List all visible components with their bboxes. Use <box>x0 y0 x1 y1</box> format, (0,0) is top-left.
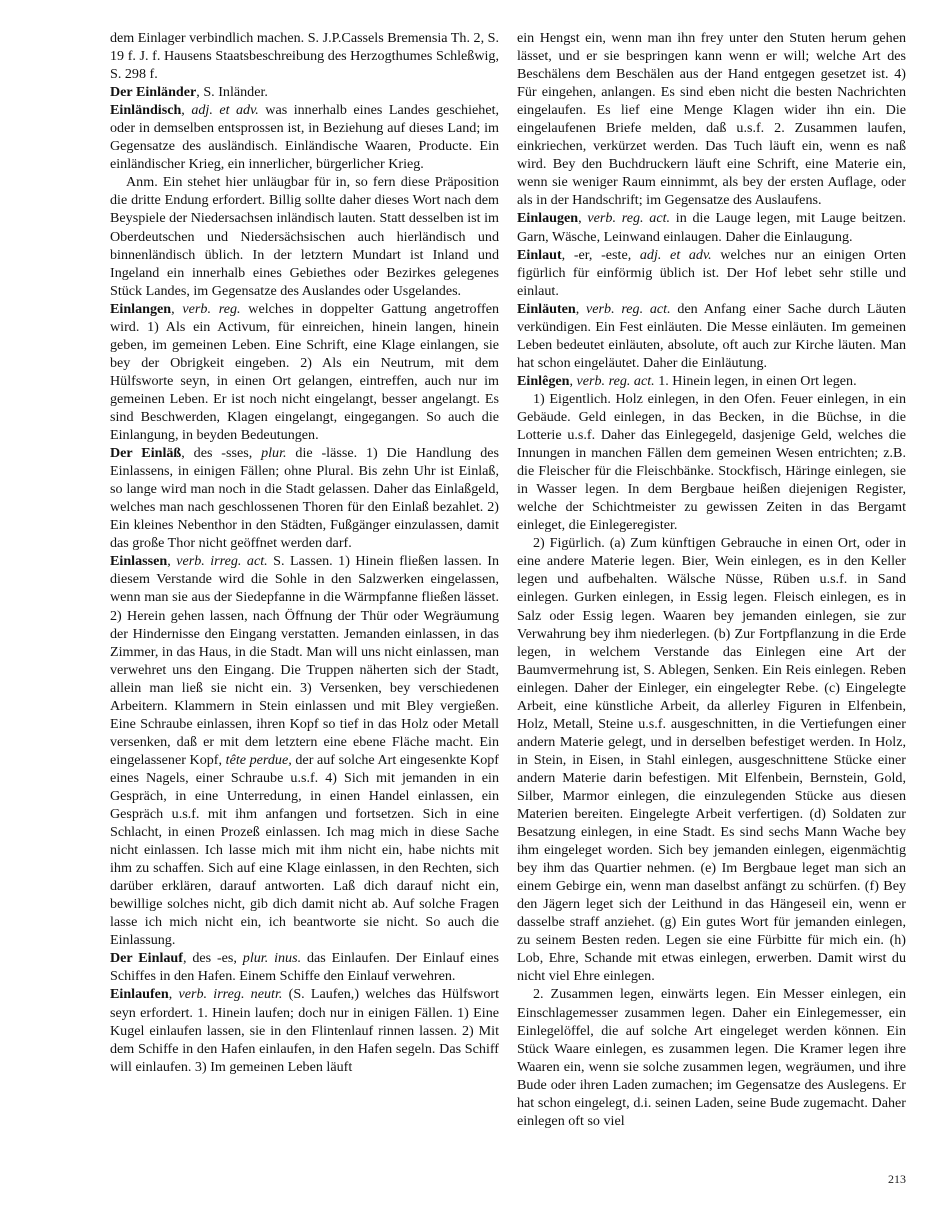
separator: , <box>569 373 576 389</box>
headword: Einläuten <box>517 301 576 317</box>
entry-einlaugen: Einlaugen, verb. reg. act. in die Lauge … <box>517 209 906 245</box>
paragraph-text: Anm. Ein stehet hier unläugbar für in, s… <box>110 174 499 298</box>
paragraph-text: dem Einlager verbindlich machen. S. J.P.… <box>110 30 499 82</box>
separator: , <box>562 247 574 263</box>
separator: , <box>167 553 176 569</box>
sense-zusammen-legen: 2. Zusammen legen, einwärts legen. Ein M… <box>517 985 906 1129</box>
separator: , <box>181 102 191 118</box>
foreign-term: tête perdue, <box>226 752 292 768</box>
definition-text: S. Inländer. <box>203 84 268 100</box>
headword: Einlaut <box>517 247 562 263</box>
separator: , <box>171 301 182 317</box>
grammar-label: verb. irreg. neutr. <box>179 986 283 1002</box>
definition-text: der auf solche Art eingesenkte Kopf eine… <box>110 752 499 948</box>
grammar-label: plur. inus. <box>243 950 301 966</box>
headword: Der Einländer <box>110 84 196 100</box>
continuation-paragraph: ein Hengst ein, wenn man ihn frey unter … <box>517 29 906 209</box>
definition-text: welches in doppelter Gattung angetroffen… <box>110 301 499 443</box>
entry-der-einlauf: Der Einlauf, des -es, plur. inus. das Ei… <box>110 949 499 985</box>
note-paragraph: Anm. Ein stehet hier unläugbar für in, s… <box>110 173 499 299</box>
entry-einlangen: Einlangen, verb. reg. welches in doppelt… <box>110 300 499 444</box>
definition-text: S. Lassen. 1) Hinein fließen lassen. In … <box>110 553 499 768</box>
grammar-label: adj. et adv. <box>640 247 712 263</box>
separator: , <box>183 950 192 966</box>
entry-einlaufen: Einlaufen, verb. irreg. neutr. (S. Laufe… <box>110 985 499 1075</box>
separator: , <box>576 301 586 317</box>
grammar-label: verb. reg. act. <box>577 373 655 389</box>
entry-einlassen: Einlassen, verb. irreg. act. S. Lassen. … <box>110 552 499 949</box>
inflection-text: des -sses, <box>194 445 261 461</box>
separator: , <box>181 445 193 461</box>
entry-der-einlaender: Der Einländer, S. Inländer. <box>110 83 499 101</box>
sense-figuerlich: 2) Figürlich. (a) Zum künftigen Gebrauch… <box>517 534 906 985</box>
page-number: 213 <box>880 1172 906 1187</box>
headword: Der Einlauf <box>110 950 183 966</box>
headword: Einlangen <box>110 301 171 317</box>
paragraph-text: 2. Zusammen legen, einwärts legen. Ein M… <box>517 986 906 1128</box>
inflection-text: -er, -este, <box>574 247 640 263</box>
separator: , <box>169 986 179 1002</box>
definition-text: 1. Hinein legen, in einen Ort legen. <box>655 373 857 389</box>
paragraph-text: ein Hengst ein, wenn man ihn frey unter … <box>517 30 906 208</box>
grammar-label: adj. et adv. <box>191 102 259 118</box>
grammar-label: verb. reg. act. <box>587 210 670 226</box>
paragraph-text: 1) Eigentlich. Holz einlegen, in den Ofe… <box>517 391 906 533</box>
entry-einlaeuten: Einläuten, verb. reg. act. den Anfang ei… <box>517 300 906 372</box>
separator: , <box>578 210 587 226</box>
paragraph-text: 2) Figürlich. (a) Zum künftigen Gebrauch… <box>517 535 906 984</box>
grammar-label: plur. <box>261 445 286 461</box>
headword: Der Einläß <box>110 445 181 461</box>
headword: Einlêgen <box>517 373 569 389</box>
entry-einlaendisch: Einländisch, adj. et adv. was innerhalb … <box>110 101 499 173</box>
entry-einlaut: Einlaut, -er, -este, adj. et adv. welche… <box>517 246 906 300</box>
headword: Einländisch <box>110 102 181 118</box>
continuation-paragraph: dem Einlager verbindlich machen. S. J.P.… <box>110 29 499 83</box>
headword: Einlaufen <box>110 986 169 1002</box>
grammar-label: verb. irreg. act. <box>176 553 267 569</box>
headword: Einlaugen <box>517 210 578 226</box>
grammar-label: verb. reg. act. <box>586 301 671 317</box>
entry-der-einlass: Der Einläß, des -sses, plur. die -lässe.… <box>110 444 499 552</box>
dictionary-page: dem Einlager verbindlich machen. S. J.P.… <box>0 0 935 1210</box>
left-column: dem Einlager verbindlich machen. S. J.P.… <box>110 29 499 1076</box>
entry-einlegen: Einlêgen, verb. reg. act. 1. Hinein lege… <box>517 372 906 390</box>
grammar-label: verb. reg. <box>182 301 240 317</box>
inflection-text: des -es, <box>192 950 242 966</box>
sense-eigentlich: 1) Eigentlich. Holz einlegen, in den Ofe… <box>517 390 906 534</box>
right-column: ein Hengst ein, wenn man ihn frey unter … <box>517 29 906 1130</box>
headword: Einlassen <box>110 553 167 569</box>
